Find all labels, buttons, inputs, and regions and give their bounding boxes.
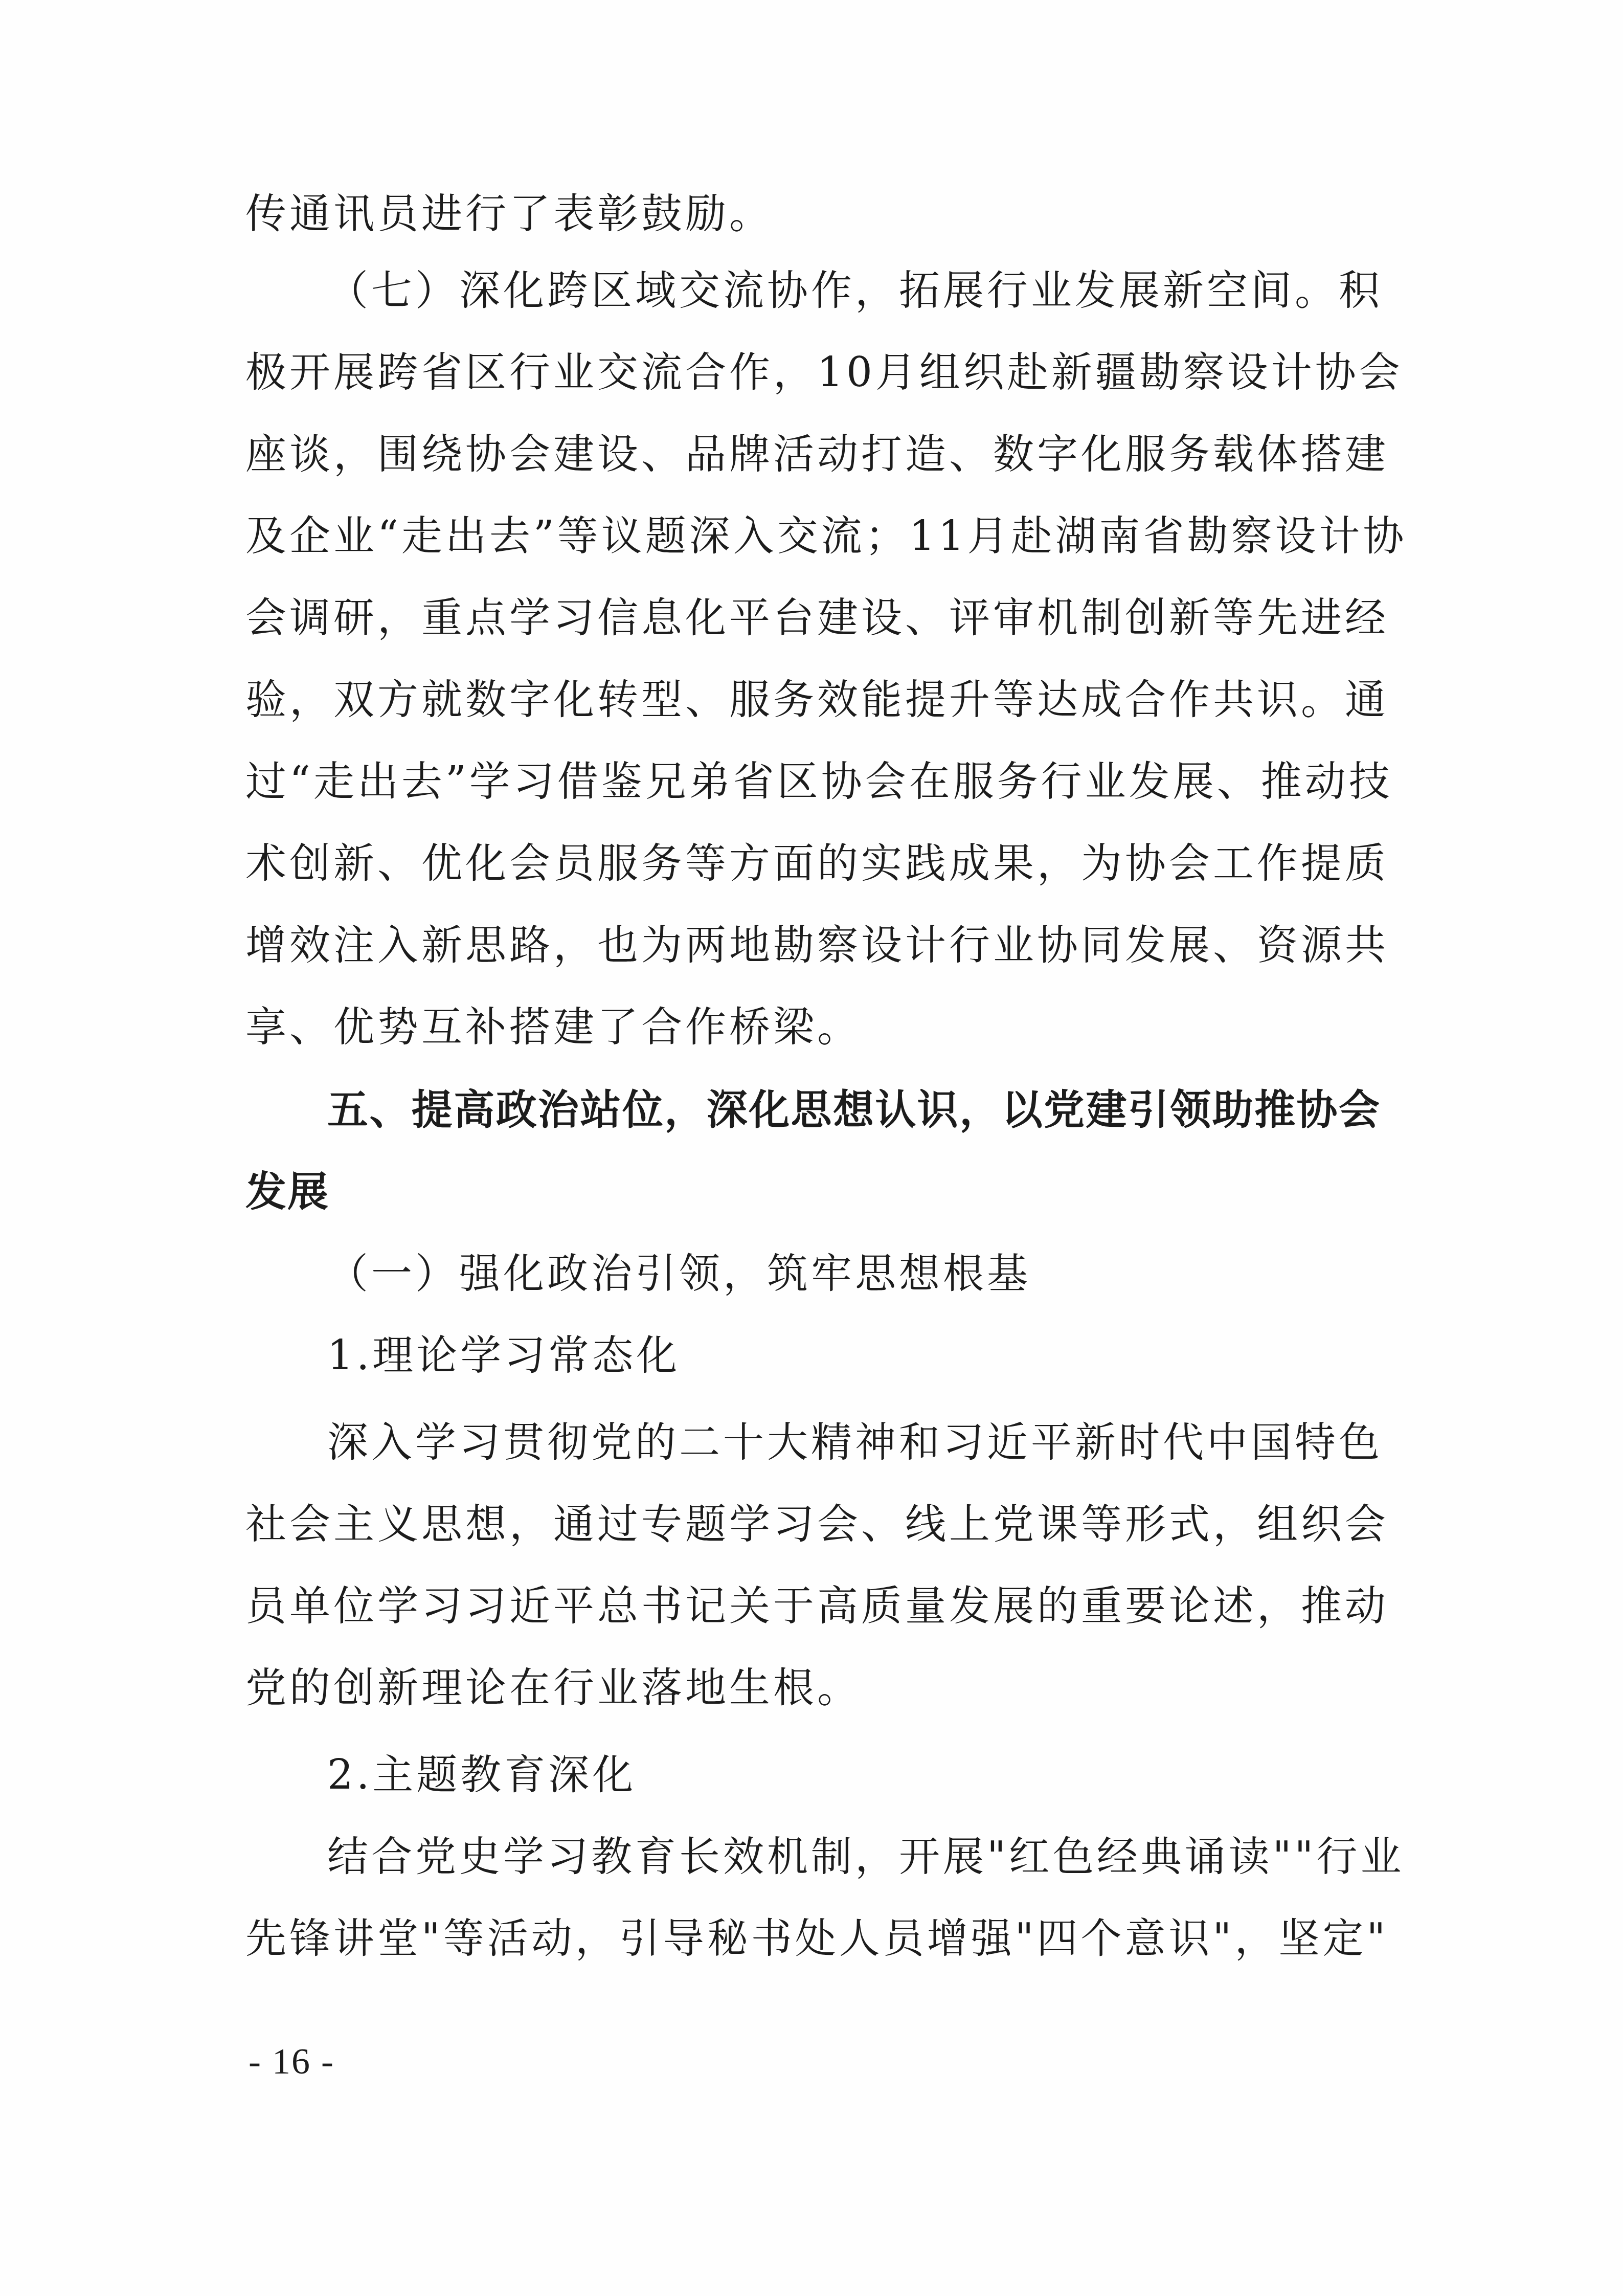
paragraph-line: 结合党史学习教育长效机制，开展"红色经典诵读""行业: [327, 1831, 1381, 1882]
paragraph-line: 传通讯员进行了表彰鼓励。: [245, 188, 1381, 239]
page-number: - 16 -: [249, 2038, 334, 2084]
paragraph-line: 享、优势互补搭建了合作桥梁。: [245, 1001, 1381, 1053]
item-heading-2: 2.主题教育深化: [327, 1749, 1381, 1800]
subheading-1: （一）强化政治引领，筑牢思想根基: [327, 1248, 1381, 1299]
paragraph-line: 增效注入新思路，也为两地勘察设计行业协同发展、资源共: [245, 920, 1381, 971]
paragraph-line: 会调研，重点学习信息化平台建设、评审机制创新等先进经: [245, 592, 1381, 643]
paragraph-line: 验，双方就数字化转型、服务效能提升等达成合作共识。通: [245, 674, 1381, 725]
paragraph-line: 术创新、优化会员服务等方面的实践成果，为协会工作提质: [245, 838, 1381, 889]
paragraph-line: 先锋讲堂"等活动，引导秘书处人员增强"四个意识"，坚定": [245, 1913, 1381, 1964]
paragraph-line: 员单位学习习近平总书记关于高质量发展的重要论述，推动: [245, 1580, 1381, 1632]
paragraph-line: 极开展跨省区行业交流合作，10月组织赴新疆勘察设计协会: [245, 347, 1381, 398]
item-heading-1: 1.理论学习常态化: [327, 1330, 1381, 1381]
paragraph-line: 深入学习贯彻党的二十大精神和习近平新时代中国特色: [327, 1417, 1381, 1468]
section-heading-5: 五、提高政治站位，深化思想认识，以党建引领助推协会: [327, 1084, 1381, 1135]
paragraph-line: 党的创新理论在行业落地生根。: [245, 1662, 1381, 1713]
paragraph-line: 座谈，围绕协会建设、品牌活动打造、数字化服务载体搭建: [245, 429, 1381, 480]
section-subheading-7: （七）深化跨区域交流协作，拓展行业发展新空间。积: [327, 265, 1381, 316]
section-heading-5-cont: 发展: [245, 1166, 1381, 1217]
paragraph-line: 及企业“走出去”等议题深入交流；11月赴湖南省勘察设计协: [245, 510, 1381, 562]
paragraph-line: 社会主义思想，通过专题学习会、线上党课等形式，组织会: [245, 1499, 1381, 1550]
paragraph-line: 过“走出去”学习借鉴兄弟省区协会在服务行业发展、推动技: [245, 756, 1381, 807]
document-page: 传通讯员进行了表彰鼓励。 （七）深化跨区域交流协作，拓展行业发展新空间。积 极开…: [0, 0, 1623, 2296]
